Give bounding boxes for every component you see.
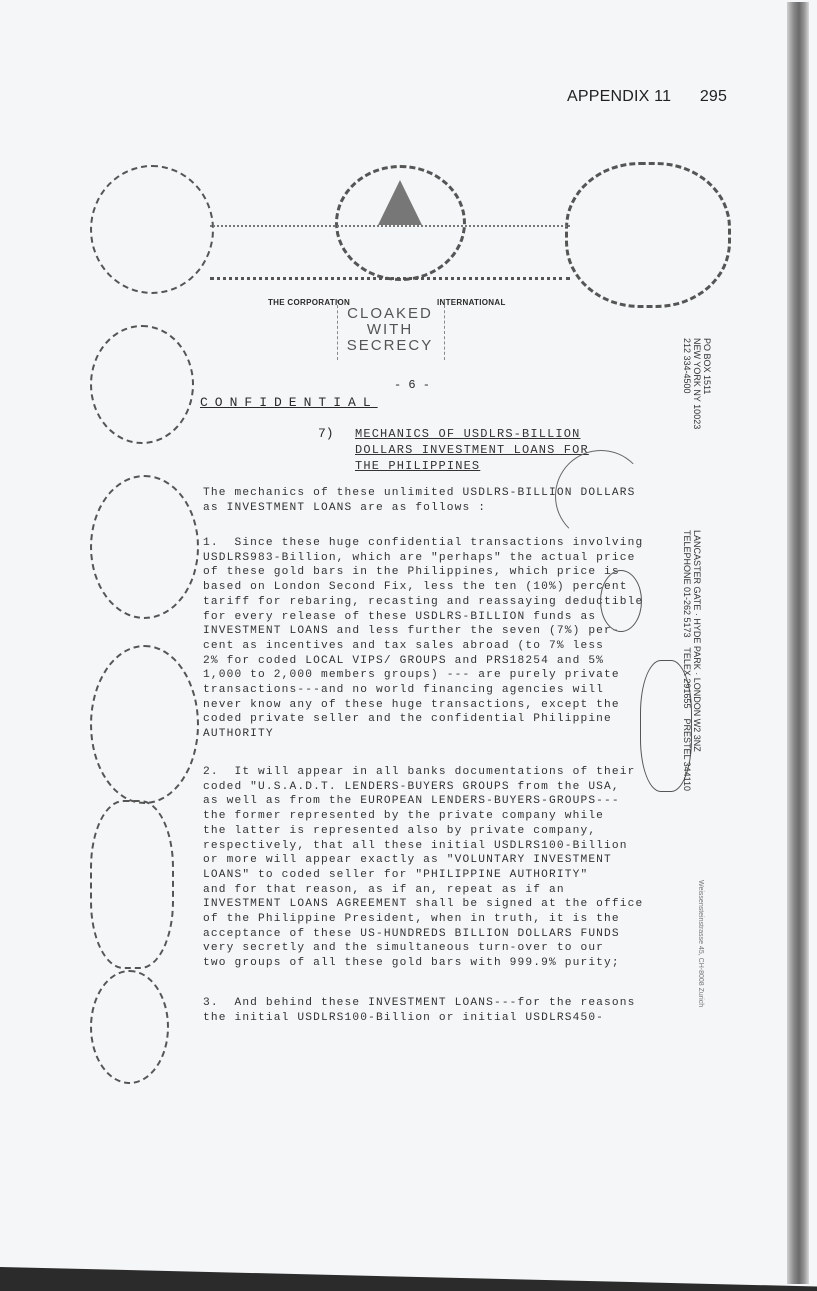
margin-address-newyork: PO BOX 1511 NEW YORK NY 10023 212 334-45…	[682, 338, 712, 429]
handwritten-scribble	[555, 450, 647, 542]
stamp-line: SECRECY	[340, 338, 440, 354]
ornamental-garland	[210, 225, 570, 280]
book-spine-shadow	[787, 2, 809, 1284]
section-number: 7)	[318, 426, 334, 441]
seal-ornament-icon	[90, 800, 174, 969]
divider	[444, 305, 445, 360]
page-number: 295	[700, 88, 727, 105]
scanned-book-page: APPENDIX 11 295 THE CORPORATION INTERNAT…	[0, 0, 817, 1291]
seal-warrior-icon	[90, 165, 214, 294]
appendix-title: APPENDIX 11	[567, 88, 671, 105]
paragraph-2: 2. It will appear in all banks documenta…	[203, 765, 643, 971]
margin-address-zurich: Weissensteinstrasse 45, CH-8008 Zurich	[695, 880, 705, 1007]
divider	[337, 300, 338, 360]
cloaked-with-secrecy-stamp: CLOAKED WITH SECRECY	[340, 306, 440, 354]
handwritten-scribble	[600, 570, 642, 632]
document-page-marker: - 6 -	[394, 378, 430, 392]
heraldic-seal-icon	[565, 162, 731, 308]
pyramid-icon	[378, 180, 422, 225]
seal-ornament-icon	[90, 970, 169, 1084]
paragraph-1: 1. Since these huge confidential transac…	[203, 536, 643, 742]
section-title: MECHANICS OF USDLRS-BILLION DOLLARS INVE…	[355, 426, 589, 474]
stamp-line: WITH	[340, 322, 440, 338]
margin-address-london: LANCASTER GATE · HYDE PARK · LONDON W2 3…	[682, 530, 702, 791]
seal-ornament-icon	[90, 475, 199, 619]
seal-ornament-icon	[90, 325, 194, 444]
classification-heading: CONFIDENTIAL	[200, 395, 378, 410]
paragraph-3: 3. And behind these INVESTMENT LOANS---f…	[203, 996, 636, 1025]
page-bottom-edge	[0, 1261, 817, 1291]
seal-ornament-icon	[90, 645, 199, 804]
running-head: APPENDIX 11 295	[567, 88, 727, 106]
letterhead-right-text: INTERNATIONAL	[437, 298, 506, 307]
stamp-line: CLOAKED	[340, 306, 440, 322]
